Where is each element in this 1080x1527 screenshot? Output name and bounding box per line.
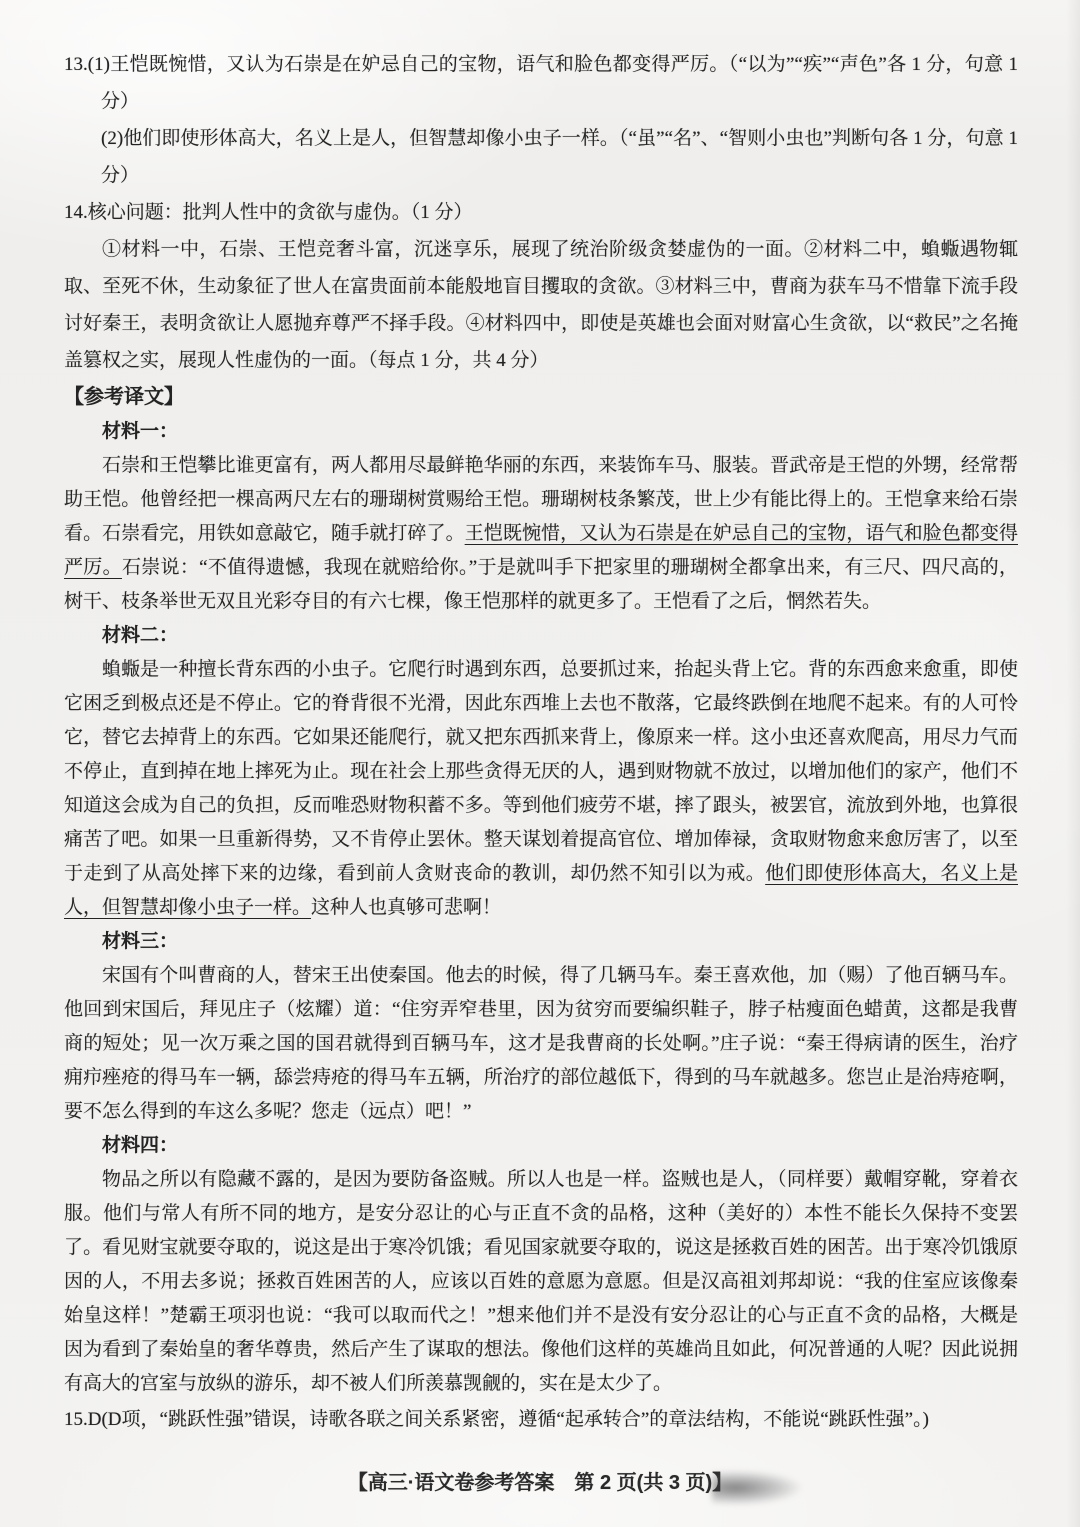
material-2-title: 材料二： — [64, 619, 1018, 653]
material-4-seg-0: 物品之所以有隐藏不露的，是因为要防备盗贼。所以人也是一样。盗贼也是人，（同样要）… — [64, 1169, 1018, 1394]
answer-q14: 14.核心问题：批判人性中的贪欲与虚伪。（1 分） ①材料一中，石崇、王恺竞奢斗… — [64, 194, 1018, 379]
material-4-paragraph: 物品之所以有隐藏不露的，是因为要防备盗贼。所以人也是一样。盗贼也是人，（同样要）… — [64, 1163, 1018, 1401]
answer-q15: 15.D(D项，“跳跃性强”错误，诗歌各联之间关系紧密，遵循“起承转合”的章法结… — [64, 1401, 1018, 1438]
material-3-paragraph: 宋国有个叫曹商的人，替宋王出使秦国。他去的时候，得了几辆马车。秦王喜欢他，加（赐… — [64, 959, 1018, 1129]
material-1-seg-2: 石崇说：“不值得遗憾，我现在就赔给你。”于是就叫手下把家里的珊瑚树全都拿出来，有… — [64, 557, 1018, 612]
translation-material-4: 材料四： 物品之所以有隐藏不露的，是因为要防备盗贼。所以人也是一样。盗贼也是人，… — [64, 1129, 1018, 1401]
material-2-seg-0: 蝜蝂是一种擅长背东西的小虫子。它爬行时遇到东西，总要抓过来，抬起头背上它。背的东… — [64, 659, 1018, 884]
q15-text: D(D项，“跳跃性强”错误，诗歌各联之间关系紧密，遵循“起承转合”的章法结构，不… — [88, 1409, 929, 1430]
material-2-seg-2: 这种人也真够可悲啊！ — [311, 897, 501, 918]
q14-analysis-text: ①材料一中，石崇、王恺竞奢斗富，沉迷享乐，展现了统治阶级贪婪虚伪的一面。②材料二… — [64, 239, 1018, 371]
answer-q13: 13.(1)王恺既惋惜，又认为石崇是在妒忌自己的宝物，语气和脸色都变得严厉。（“… — [64, 46, 1018, 194]
q13-number: 13. — [64, 54, 88, 75]
q15-line: 15.D(D项，“跳跃性强”错误，诗歌各联之间关系紧密，遵循“起承转合”的章法结… — [64, 1401, 1018, 1438]
q13-part2: (2)他们即使形体高大，名义上是人，但智慧却像小虫子一样。（“虽”“名”、“智则… — [64, 120, 1018, 194]
q13-part2-text: (2)他们即使形体高大，名义上是人，但智慧却像小虫子一样。（“虽”“名”、“智则… — [101, 128, 1018, 186]
material-1-paragraph: 石崇和王恺攀比谁更富有，两人都用尽最鲜艳华丽的东西，来装饰车马、服装。晋武帝是王… — [64, 449, 1018, 619]
answer-sheet-page: 13.(1)王恺既惋惜，又认为石崇是在妒忌自己的宝物，语气和脸色都变得严厉。（“… — [0, 0, 1080, 1527]
translation-material-1: 材料一： 石崇和王恺攀比谁更富有，两人都用尽最鲜艳华丽的东西，来装饰车马、服装。… — [64, 415, 1018, 619]
material-3-title: 材料三： — [64, 925, 1018, 959]
q14-lead: 14.核心问题：批判人性中的贪欲与虚伪。（1 分） — [64, 194, 1018, 231]
reference-translation-heading: 【参考译文】 — [64, 379, 1018, 415]
q14-analysis: ①材料一中，石崇、王恺竞奢斗富，沉迷享乐，展现了统治阶级贪婪虚伪的一面。②材料二… — [64, 231, 1018, 379]
q14-lead-text: 核心问题：批判人性中的贪欲与虚伪。（1 分） — [88, 202, 473, 223]
q15-number: 15. — [64, 1409, 88, 1430]
page-footer: 【高三·语文卷参考答案 第 2 页(共 3 页)】 — [0, 1466, 1080, 1495]
material-4-title: 材料四： — [64, 1129, 1018, 1163]
q13-part1-text: (1)王恺既惋惜，又认为石崇是在妒忌自己的宝物，语气和脸色都变得严厉。（“以为”… — [88, 54, 1018, 112]
scan-edge-shadow — [1066, 0, 1080, 1527]
q14-number: 14. — [64, 202, 88, 223]
translation-material-2: 材料二： 蝜蝂是一种擅长背东西的小虫子。它爬行时遇到东西，总要抓过来，抬起头背上… — [64, 619, 1018, 925]
material-3-seg-0: 宋国有个叫曹商的人，替宋王出使秦国。他去的时候，得了几辆马车。秦王喜欢他，加（赐… — [64, 965, 1018, 1122]
material-2-paragraph: 蝜蝂是一种擅长背东西的小虫子。它爬行时遇到东西，总要抓过来，抬起头背上它。背的东… — [64, 653, 1018, 925]
material-1-title: 材料一： — [64, 415, 1018, 449]
translation-material-3: 材料三： 宋国有个叫曹商的人，替宋王出使秦国。他去的时候，得了几辆马车。秦王喜欢… — [64, 925, 1018, 1129]
q13-part1: 13.(1)王恺既惋惜，又认为石崇是在妒忌自己的宝物，语气和脸色都变得严厉。（“… — [64, 46, 1018, 120]
